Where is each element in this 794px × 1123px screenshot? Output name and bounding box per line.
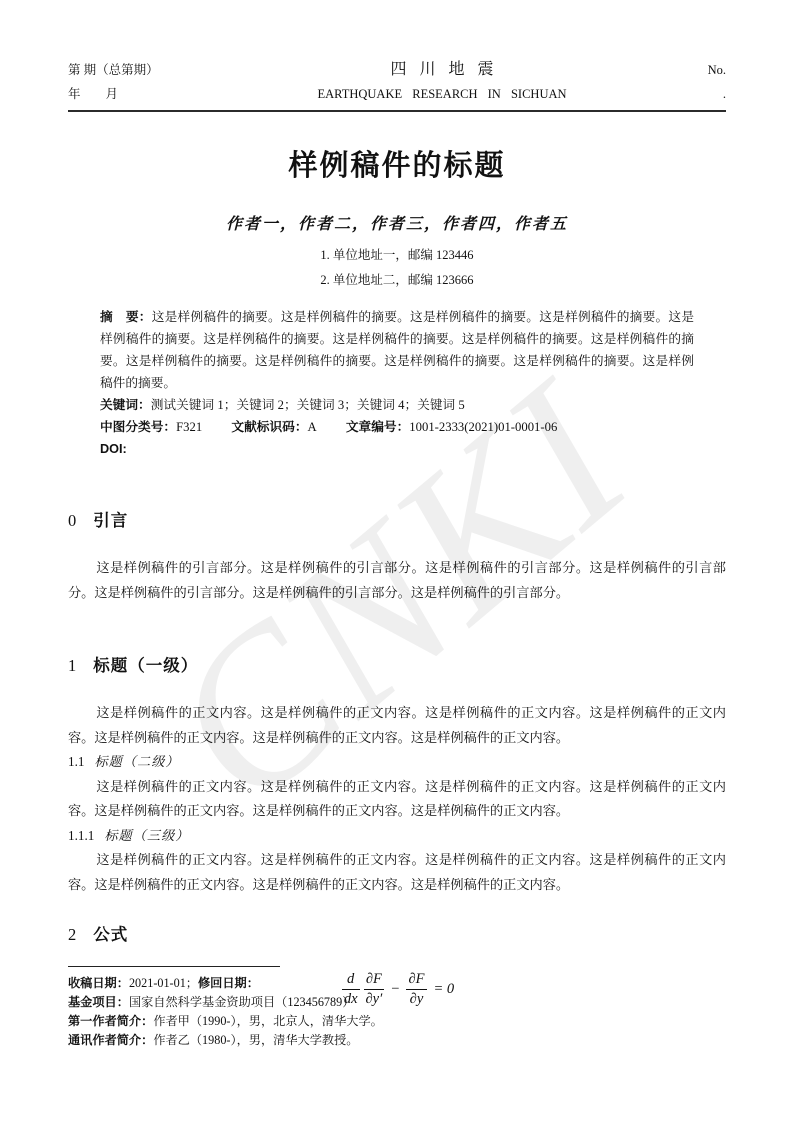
keywords-line: 关键词：测试关键词 1；关键词 2；关键词 3；关键词 4；关键词 5 (100, 394, 694, 416)
footnote-block: 收稿日期：2021-01-01；修回日期： 基金项目：国家自然科学基金资助项目（… (68, 966, 726, 1050)
subsection-heading-1-1-1: 1.1.1标题（三级） (68, 824, 726, 849)
clc-label: 中图分类号： (100, 420, 176, 434)
running-head: 第 期（总第期） 年 月 四川地震 EARTHQUAKE RESEARCH IN… (68, 58, 726, 106)
section-heading-2: 2公式 (68, 924, 726, 946)
header-rule (68, 110, 726, 112)
body-paragraph-1-1-1: 这是样例稿件的正文内容。这是样例稿件的正文内容。这是样例稿件的正文内容。这是样例… (68, 848, 726, 897)
subsection-title: 标题（三级） (104, 828, 189, 843)
issue-number-label: No. (666, 58, 726, 82)
page-number-dot: . (666, 82, 726, 106)
authors-line: 作者一，作者二，作者三，作者四，作者五 (68, 211, 726, 234)
first-author-value: 作者甲（1990-），男，北京人，清华大学。 (153, 1014, 383, 1028)
doc-code-value: A (308, 420, 317, 434)
affiliation-1: 1. 单位地址一，邮编 123446 (68, 243, 726, 268)
intro-paragraph: 这是样例稿件的引言部分。这是样例稿件的引言部分。这是样例稿件的引言部分。这是样例… (68, 556, 726, 605)
affiliations: 1. 单位地址一，邮编 123446 2. 单位地址二，邮编 123666 (68, 243, 726, 293)
section-number: 2 (68, 925, 76, 944)
article-id-label: 文章编号： (346, 420, 409, 434)
section-title: 公式 (93, 926, 128, 944)
journal-page: CNKI 第 期（总第期） 年 月 四川地震 EARTHQUAKE RESEAR… (0, 0, 794, 1123)
doc-code-group: 文献标识码：A (231, 420, 316, 434)
subsection-number: 1.1 (68, 754, 84, 769)
affiliation-2: 2. 单位地址二，邮编 123666 (68, 268, 726, 293)
received-date-value: 2021-01-01； (129, 976, 198, 990)
journal-title-en: EARTHQUAKE RESEARCH IN SICHUAN (218, 82, 666, 106)
running-head-center: 四川地震 EARTHQUAKE RESEARCH IN SICHUAN (218, 58, 666, 106)
section-number: 0 (68, 511, 76, 530)
first-author-label: 第一作者简介： (68, 1014, 153, 1028)
abstract-label: 摘 要： (100, 310, 152, 324)
abstract-text: 这是样例稿件的摘要。这是样例稿件的摘要。这是样例稿件的摘要。这是样例稿件的摘要。… (100, 310, 694, 390)
revised-date-label: 修回日期： (198, 976, 259, 990)
classification-line: 中图分类号：F321 文献标识码：A 文章编号：1001-2333(2021)0… (100, 416, 694, 438)
doc-code-label: 文献标识码： (231, 420, 307, 434)
funding-value: 国家自然科学基金资助项目（123456789） (129, 995, 354, 1009)
section-heading-1: 1标题（一级） (68, 655, 726, 677)
doi-label: DOI: (100, 442, 127, 456)
abstract-paragraph: 摘 要：这是样例稿件的摘要。这是样例稿件的摘要。这是样例稿件的摘要。这是样例稿件… (100, 306, 694, 394)
section-number: 1 (68, 656, 76, 675)
corresponding-author-label: 通讯作者简介： (68, 1033, 153, 1047)
funding-label: 基金项目： (68, 995, 129, 1009)
body-paragraph-1: 这是样例稿件的正文内容。这是样例稿件的正文内容。这是样例稿件的正文内容。这是样例… (68, 701, 726, 750)
corresponding-author-value: 作者乙（1980-），男，清华大学教授。 (153, 1033, 358, 1047)
subsection-heading-1-1: 1.1标题（二级） (68, 750, 726, 775)
doi-line: DOI: (100, 438, 694, 460)
issue-line: 第 期（总第期） (68, 58, 218, 82)
article-title: 样例稿件的标题 (68, 143, 726, 184)
clc-group: 中图分类号：F321 (100, 420, 202, 434)
subsection-title: 标题（二级） (94, 754, 179, 769)
article-id-group: 文章编号：1001-2333(2021)01-0001-06 (346, 420, 557, 434)
keywords-label: 关键词： (100, 398, 151, 412)
date-line: 年 月 (68, 82, 218, 106)
journal-title-cn: 四川地震 (218, 58, 666, 82)
received-date-label: 收稿日期： (68, 976, 129, 990)
section-title: 标题（一级） (93, 657, 198, 675)
footnote-funding: 基金项目：国家自然科学基金资助项目（123456789） (68, 993, 726, 1012)
footnote-dates: 收稿日期：2021-01-01；修回日期： (68, 974, 726, 993)
page-content: 第 期（总第期） 年 月 四川地震 EARTHQUAKE RESEARCH IN… (0, 0, 794, 1006)
running-head-right: No. . (666, 58, 726, 106)
section-title: 引言 (93, 512, 128, 530)
footnote-corresponding-author: 通讯作者简介：作者乙（1980-），男，清华大学教授。 (68, 1031, 726, 1050)
footnote-separator (68, 966, 280, 967)
section-heading-0: 0引言 (68, 510, 726, 532)
front-matter: 摘 要：这是样例稿件的摘要。这是样例稿件的摘要。这是样例稿件的摘要。这是样例稿件… (100, 306, 694, 460)
subsection-number: 1.1.1 (68, 828, 94, 843)
article-id-value: 1001-2333(2021)01-0001-06 (409, 420, 557, 434)
body-paragraph-1-1: 这是样例稿件的正文内容。这是样例稿件的正文内容。这是样例稿件的正文内容。这是样例… (68, 775, 726, 824)
running-head-left: 第 期（总第期） 年 月 (68, 58, 218, 106)
footnote-first-author: 第一作者简介：作者甲（1990-），男，北京人，清华大学。 (68, 1012, 726, 1031)
clc-value: F321 (176, 420, 202, 434)
keywords-text: 测试关键词 1；关键词 2；关键词 3；关键词 4；关键词 5 (151, 398, 465, 412)
